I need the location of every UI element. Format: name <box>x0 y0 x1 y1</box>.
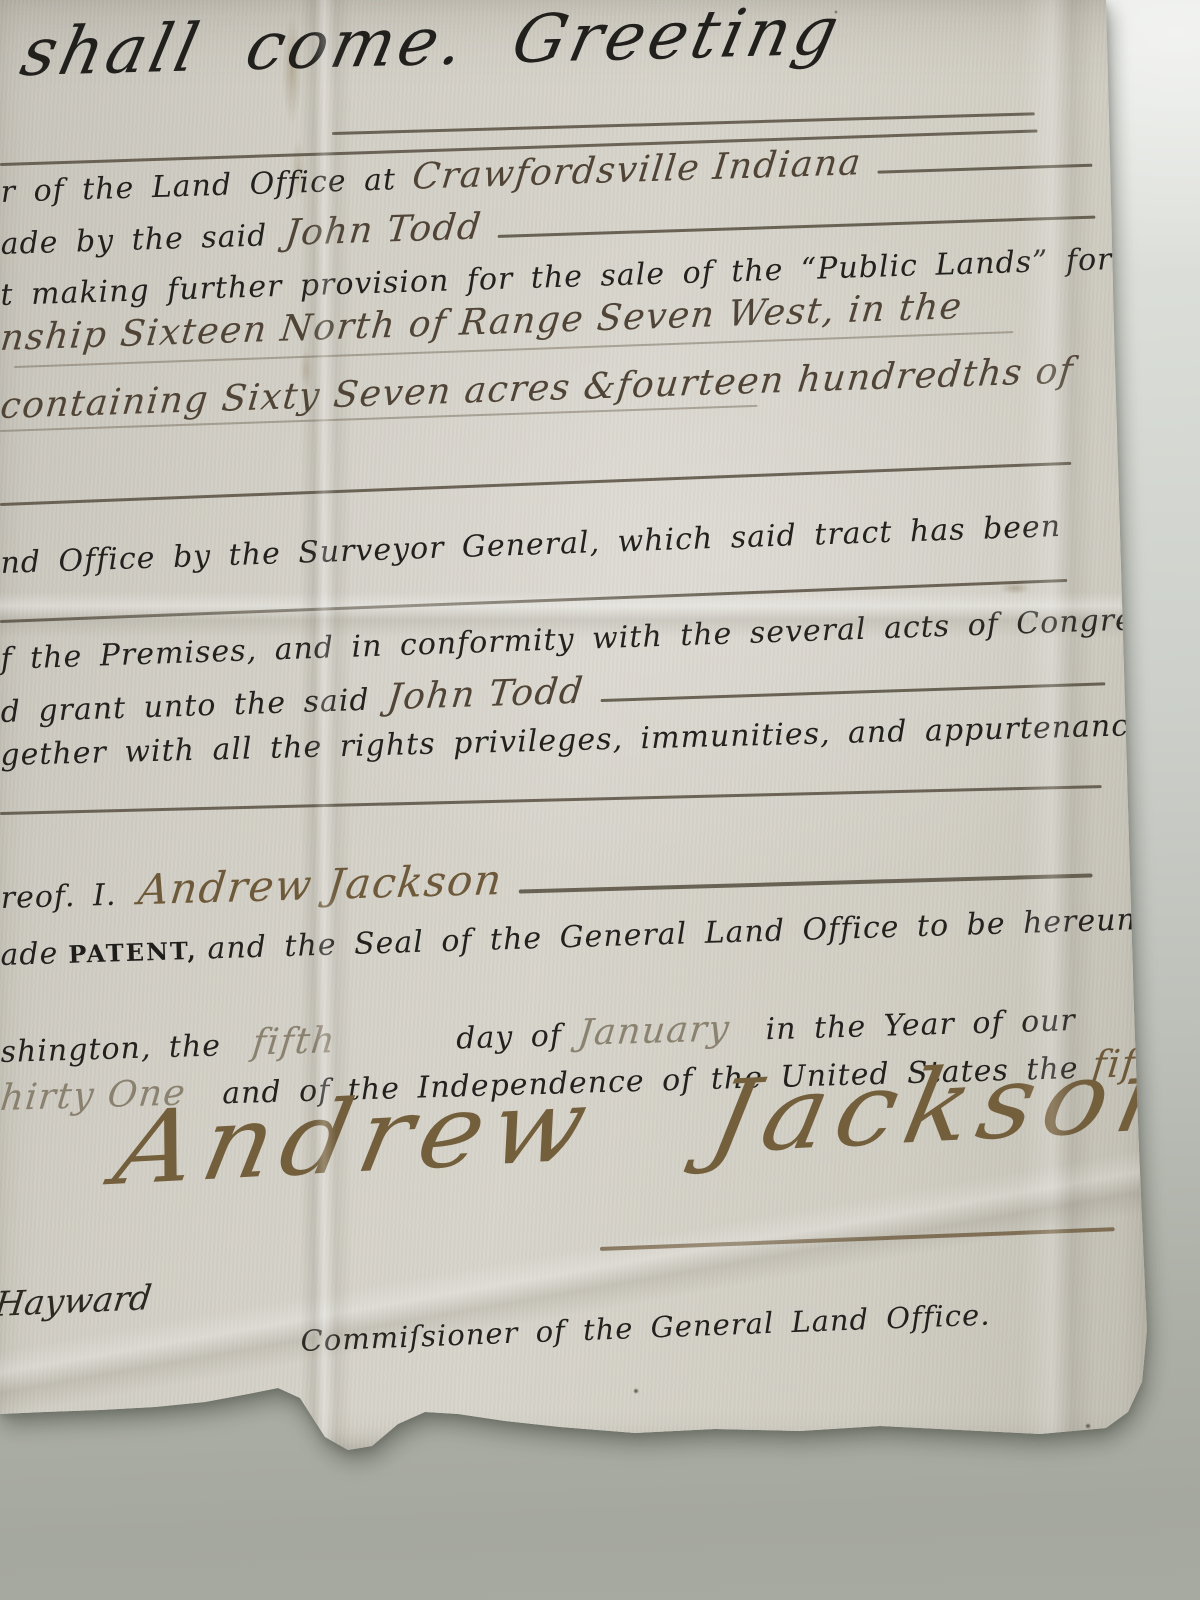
application-printed: ade by the said <box>0 220 268 260</box>
ruled-line <box>877 164 1092 174</box>
acreage-entry: containing Sixty Seven acres &fourteen h… <box>0 352 1076 426</box>
patentee-name-entry: John Todd <box>283 208 483 252</box>
testimony-line: reof. I. Andrew Jackson <box>0 842 1093 917</box>
photograph-scene: shall come. Greeting r of the Land Offic… <box>0 0 1200 1600</box>
grantee-name-entry: John Todd <box>386 673 586 717</box>
surveyor-printed: nd Office by the Surveyor General, which… <box>0 511 1062 580</box>
parchment-document: shall come. Greeting r of the Land Offic… <box>0 0 1160 1460</box>
date-printed-3: in the Year of our <box>765 1005 1076 1046</box>
president-name-entry: Andrew Jackson <box>136 858 505 912</box>
land-office-printed: r of the Land Office at <box>0 164 396 208</box>
ruled-line <box>332 112 1035 135</box>
patent-pre-printed: ade <box>0 938 59 971</box>
patent-word: PATENT, <box>68 938 198 967</box>
grant-printed: d grant unto the said <box>0 685 370 729</box>
patent-post-printed: and the Seal of the General Land Office … <box>207 903 1169 965</box>
parchment-shadow-wrap: shall come. Greeting r of the Land Offic… <box>0 0 1160 1460</box>
land-office-entry: Crawfordsville Indiana <box>410 144 863 196</box>
greeting-line: shall come. Greeting <box>22 0 842 87</box>
month-entry: January <box>576 1010 732 1052</box>
acreage-line: containing Sixty Seven acres &fourteen h… <box>0 352 1074 425</box>
ruled-line <box>519 873 1093 893</box>
commissioner-printed: Commiſsioner of the General Land Office. <box>300 1300 991 1357</box>
greeting-text: shall come. Greeting <box>15 0 848 87</box>
signature-flourish-line <box>600 1227 1115 1251</box>
ruled-line <box>0 462 1071 506</box>
president-signature: Andrew Jackson <box>107 1040 1200 1203</box>
date-printed-1: shington, the <box>0 1030 221 1068</box>
testimony-printed: reof. I. <box>0 880 116 915</box>
patent-seal-line: ade PATENT, and the Seal of the General … <box>0 903 1169 971</box>
secretary-signature: Hayward <box>0 1281 154 1324</box>
date-printed-2: day of <box>456 1020 563 1055</box>
signature-line: Andrew Jackson <box>128 1044 1131 1201</box>
ruled-line <box>498 216 1096 238</box>
ruled-line <box>0 785 1102 815</box>
commissioner-line: Commiſsioner of the General Land Office. <box>300 1300 991 1357</box>
surveyor-line: nd Office by the Surveyor General, which… <box>0 511 1062 580</box>
countersignature-line: Hayward <box>0 1281 152 1323</box>
ruled-line <box>600 682 1105 702</box>
day-entry: fifth <box>251 1022 338 1062</box>
